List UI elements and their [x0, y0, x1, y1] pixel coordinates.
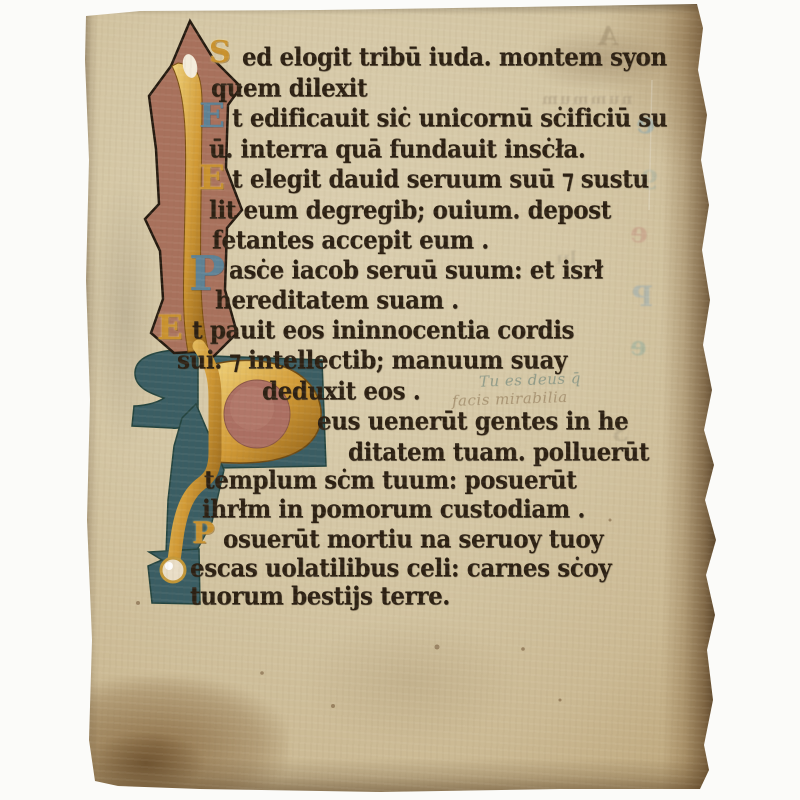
bleedthrough-letter: e	[630, 332, 647, 362]
text-line: ū. interra quā fundauit insċła.	[209, 137, 586, 162]
bleedthrough-letter: P	[632, 280, 653, 313]
marginal-annotation: facis mirabilia	[452, 389, 568, 410]
initial-gold-bowl	[214, 360, 321, 463]
gold-highlight	[181, 53, 200, 79]
text-line: eus uenerūt gentes in he	[317, 409, 628, 434]
text-line: quem dilexit	[211, 76, 367, 101]
text-line: fetantes accepit eum .	[212, 228, 489, 253]
versal-initial-gold: E	[157, 311, 183, 345]
text-line: ed elogit tribū iuda. montem syon	[242, 45, 667, 70]
text-line: hereditatem suam .	[215, 288, 459, 313]
stain-lower-middle	[300, 616, 520, 746]
leaf-edge-top	[0, 0, 800, 15]
leaf-edge-right	[662, 0, 724, 800]
photo-background: A nummum e 9 e P e 3 lıı	[0, 0, 800, 800]
text-line: t pauit eos ininnocentia cordis	[192, 318, 574, 343]
text-line: templum sċm tuum: posuerūt	[204, 468, 576, 493]
text-line: osuerūt mortiu na seruoy tuoy	[223, 527, 603, 552]
text-line: t edificauit siċ unicornū sċificiū su	[232, 106, 667, 131]
manuscript-leaf: A nummum e 9 e P e 3 lıı	[0, 0, 800, 800]
versal-initial-blue: P	[189, 250, 225, 298]
leaf-edge-bottom	[0, 758, 800, 800]
initial-pearl-foot	[161, 558, 185, 582]
bleedthrough-letter: e	[630, 216, 648, 249]
text-line: ditatem tuam. polluerūt	[348, 440, 649, 465]
stain-bottom-left	[88, 676, 288, 792]
text-line: sui. ⁊ intellectib; manuum suay	[177, 348, 567, 373]
versal-initial-gold: P	[192, 519, 215, 549]
text-line: tuorum bestijs terre.	[190, 584, 450, 609]
text-line: asċe iacob seruū suum: et isrł	[229, 258, 603, 283]
stain-bottom-left-dark	[86, 732, 206, 794]
text-line: t elegit dauid seruum suū ⁊ sustu	[232, 167, 649, 192]
stain-left-margin	[88, 180, 162, 450]
versal-initial-gold: E	[199, 161, 225, 195]
text-line: lit eum degregib; ouium. depost	[209, 198, 611, 223]
versal-initial-blue: E	[199, 99, 225, 133]
leaf-edge-left	[80, 0, 98, 800]
text-line: deduxit eos .	[262, 379, 420, 404]
versal-initial-gold: S	[209, 38, 231, 68]
text-line: ihrłm in pomorum custodiam .	[202, 497, 585, 522]
text-line: escas uolatilibus celi: carnes sċoy	[190, 556, 611, 581]
